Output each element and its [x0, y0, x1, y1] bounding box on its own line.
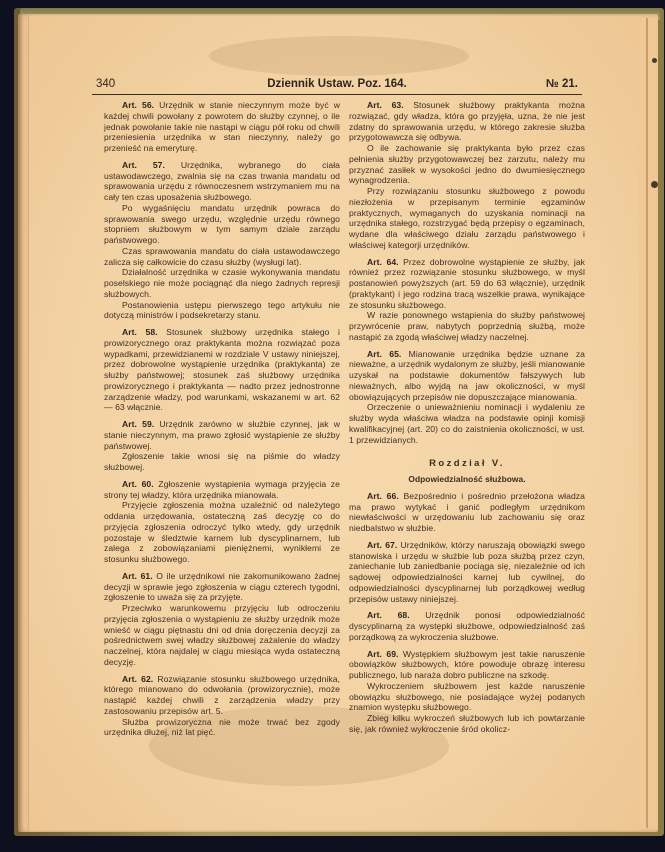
body-paragraph: Po wygaśnięciu mandatu urzędnik powraca … [104, 203, 340, 246]
article-number: Art. 56. [122, 100, 154, 110]
article-paragraph: Art. 59. Urzędnik zarówno w służbie czyn… [104, 419, 340, 451]
article-number: Art. 67. [367, 540, 397, 550]
body-paragraph: Wykroczeniem służbowem jest każde narusz… [349, 681, 585, 713]
article-number: Art. 69. [367, 649, 398, 659]
journal-title: Dziennik Ustaw. Poz. 164. [92, 78, 582, 90]
article-number: Art. 61. [122, 571, 153, 581]
article-paragraph: Art. 60. Zgłoszenie wystąpienia wymaga p… [104, 479, 340, 501]
article-number: Art. 59. [122, 419, 154, 429]
article-number: Art. 57. [122, 160, 165, 170]
article-number: Art. 58. [122, 327, 158, 337]
body-paragraph: Orzeczenie o unieważnieniu nominacji i w… [349, 402, 585, 445]
article-number: Art. 62. [122, 674, 153, 684]
article-paragraph: Art. 69. Występkiem służbowym jest takie… [349, 649, 585, 681]
body-paragraph: Postanowienia ustępu pierwszego tego art… [104, 300, 340, 322]
chapter-subtitle: Odpowiedzialność służbowa. [349, 474, 585, 485]
article-number: Art. 66. [367, 491, 399, 501]
page-right-edge [646, 18, 648, 828]
body-paragraph: Przeciwko warunkowemu przyjęciu lub odro… [104, 603, 340, 668]
running-head: 340 Dziennik Ustaw. Poz. 164. № 21. [92, 76, 582, 95]
article-paragraph: Art. 57. Urzędnika, wybranego do ciała u… [104, 160, 340, 203]
chapter-heading: Rozdział V. [349, 459, 585, 470]
article-paragraph: Art. 58. Stosunek służbowy urzędnika sta… [104, 327, 340, 413]
paper-blemish [651, 181, 658, 188]
article-paragraph: Art. 56. Urzędnik w stanie nieczynnym mo… [104, 100, 340, 154]
issue-number: № 21. [546, 78, 578, 90]
right-column: Art. 63. Stosunek służbowy praktykanta m… [349, 100, 585, 735]
article-number: Art. 60. [122, 479, 154, 489]
left-column: Art. 56. Urzędnik w stanie nieczynnym mo… [104, 100, 340, 738]
article-paragraph: Art. 64. Przez dobrowolne wystąpienie ze… [349, 257, 585, 311]
article-number: Art. 68. [367, 610, 410, 620]
paper-stain [209, 36, 469, 76]
article-paragraph: Art. 62. Rozwiązanie stosunku służbowego… [104, 674, 340, 717]
article-number: Art. 63. [367, 100, 404, 110]
body-paragraph: Czas sprawowania mandatu do ciała ustawo… [104, 246, 340, 268]
article-paragraph: Art. 67. Urzędników, którzy naruszają ob… [349, 540, 585, 605]
body-paragraph: Działalność urzędnika w czasie wykonywan… [104, 267, 340, 299]
article-text: Stosunek służbowy urzędnika stałego i pr… [104, 327, 340, 412]
body-paragraph: Zbieg kilku wykroczeń służbowych lub ich… [349, 713, 585, 735]
body-paragraph: O ile zachowanie się praktykanta było pr… [349, 143, 585, 186]
article-paragraph: Art. 65. Mianowanie urzędnika będzie uzn… [349, 349, 585, 403]
article-number: Art. 65. [367, 349, 401, 359]
article-paragraph: Art. 68. Urzędnik ponosi odpowiedzialnoś… [349, 610, 585, 642]
body-paragraph: Zgłoszenie takie wnosi się na piśmie do … [104, 451, 340, 473]
article-paragraph: Art. 63. Stosunek służbowy praktykanta m… [349, 100, 585, 143]
article-paragraph: Art. 66. Bezpośrednio i pośrednio przeło… [349, 491, 585, 534]
body-paragraph: Przyjęcie zgłoszenia można uzależnić od … [104, 500, 340, 565]
paper-blemish [652, 58, 657, 63]
body-paragraph: Przy rozwiązaniu stosunku służbowego z p… [349, 186, 585, 251]
body-paragraph: W razie ponownego wstąpienia do służby p… [349, 310, 585, 342]
article-number: Art. 64. [367, 257, 399, 267]
body-paragraph: Służba prowizoryczna nie może trwać bez … [104, 717, 340, 739]
article-paragraph: Art. 61. O ile urzędnikowi nie zakomunik… [104, 571, 340, 603]
